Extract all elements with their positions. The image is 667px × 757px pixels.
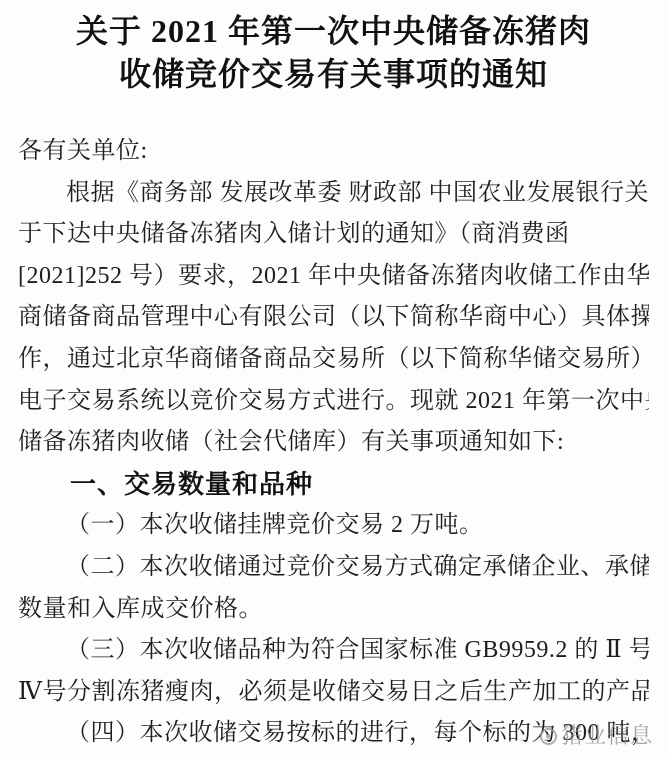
document-title: 关于 2021 年第一次中央储备冻猪肉 收储竞价交易有关事项的通知 [0, 0, 667, 96]
document-body: 各有关单位: 根据《商务部 发展改革委 财政部 中国农业发展银行关 于下达中央储… [0, 131, 667, 755]
item-line-4: （四）本次收储交易按标的进行，每个标的为 300 吨， [18, 713, 649, 755]
paragraph-line: 数量和入库成交价格。 [18, 589, 649, 631]
item-line-1: （一）本次收储挂牌竞价交易 2 万吨。 [18, 505, 649, 547]
document-title-line-1: 关于 2021 年第一次中央储备冻猪肉 [0, 10, 667, 53]
paragraph-line: 于下达中央储备冻猪肉入储计划的通知》（商消费函 [18, 214, 649, 256]
item-line-2: （二）本次收储通过竞价交易方式确定承储企业、承储 [18, 547, 649, 589]
paragraph-line: 根据《商务部 发展改革委 财政部 中国农业发展银行关 [18, 173, 649, 215]
paragraph-line: 储备冻猪肉收储（社会代储库）有关事项通知如下: [18, 422, 649, 464]
paragraph-line: [2021]252 号）要求，2021 年中央储备冻猪肉收储工作由华 [18, 256, 649, 298]
section-heading-trade-quantity: 一、交易数量和品种 [18, 464, 649, 506]
item-line-3: （三）本次收储品种为符合国家标准 GB9959.2 的 Ⅱ 号、 [18, 630, 649, 672]
notice-document-page: 关于 2021 年第一次中央储备冻猪肉 收储竞价交易有关事项的通知 各有关单位:… [0, 0, 667, 757]
paragraph-line: 电子交易系统以竞价交易方式进行。现就 2021 年第一次中央 [18, 381, 649, 423]
paragraph-line: 商储备商品管理中心有限公司（以下简称华商中心）具体操 [18, 297, 649, 339]
salutation-line: 各有关单位: [18, 131, 649, 173]
paragraph-line: 作，通过北京华商储备商品交易所（以下简称华储交易所） [18, 339, 649, 381]
document-title-line-2: 收储竞价交易有关事项的通知 [0, 53, 667, 96]
paragraph-line: Ⅳ号分割冻猪瘦肉，必须是收储交易日之后生产加工的产品。 [18, 672, 649, 714]
